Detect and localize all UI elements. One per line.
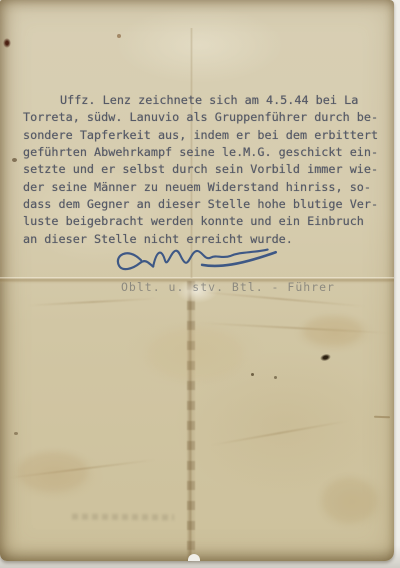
foxing-blotch [148,328,243,380]
stain-spot [3,38,11,48]
citation-line: Torreta, südw. Lanuvio als Gruppenführer… [23,109,383,126]
bottom-edge-fold-notch [188,554,200,561]
scratch-mark [374,416,390,419]
aged-paper-sheet: Uffz. Lenz zeichnete sich am 4.5.44 bei … [0,0,394,561]
handwritten-signature [109,238,285,286]
citation-line: luste beigebracht werden konnte und ein … [23,213,383,230]
signer-rank-line: Oblt. u. stv. Btl. - Führer [121,280,335,294]
citation-line: geführten Abwehrkampf seine le.M.G. gesc… [23,144,383,161]
vertical-fold-crease-lower [187,281,195,561]
stain-spot [117,34,121,38]
citation-text-block: Uffz. Lenz zeichnete sich am 4.5.44 bei … [23,92,383,248]
citation-line: Uffz. Lenz zeichnete sich am 4.5.44 bei … [23,92,383,109]
foxing-blotch [322,478,377,523]
citation-line: dass dem Gegner an dieser Stelle hohe bl… [23,196,383,213]
citation-line: setzte und er selbst durch sein Vorbild … [23,161,383,178]
stain-spot [14,432,18,435]
minor-crease [28,298,158,307]
foxing-blotch [18,452,88,492]
scanned-document-page: { "document": { "body_lines": [ "Uffz. L… [0,0,400,568]
stain-spot [319,353,331,363]
ink-bleedthrough-imprint [72,514,174,521]
stain-spot [12,158,17,162]
foxing-blotch [303,316,363,346]
citation-line: sondere Tapferkeit aus, indem er bei dem… [23,127,383,144]
stain-spot [251,373,254,376]
stain-spot [274,376,277,379]
minor-crease [211,420,349,446]
citation-line: der seine Männer zu neuem Widerstand hin… [23,179,383,196]
